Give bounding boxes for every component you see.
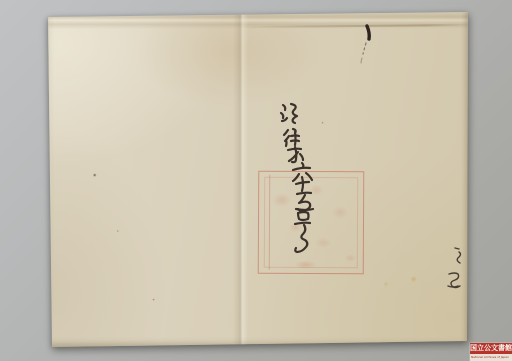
watermark-english-text: National Archives of Japan bbox=[471, 356, 509, 359]
watermark-japanese-text: 国立公文書館 bbox=[470, 343, 512, 354]
watermark-english-strip: National Archives of Japan bbox=[470, 354, 512, 361]
paper-shadow-wrap bbox=[0, 0, 512, 361]
national-archives-watermark: 国立公文書館 National Archives of Japan bbox=[470, 343, 512, 361]
paper-edge-shading bbox=[48, 12, 468, 347]
document-cover-paper bbox=[0, 0, 512, 361]
scan-backdrop: 国立公文書館 National Archives of Japan bbox=[0, 0, 512, 361]
